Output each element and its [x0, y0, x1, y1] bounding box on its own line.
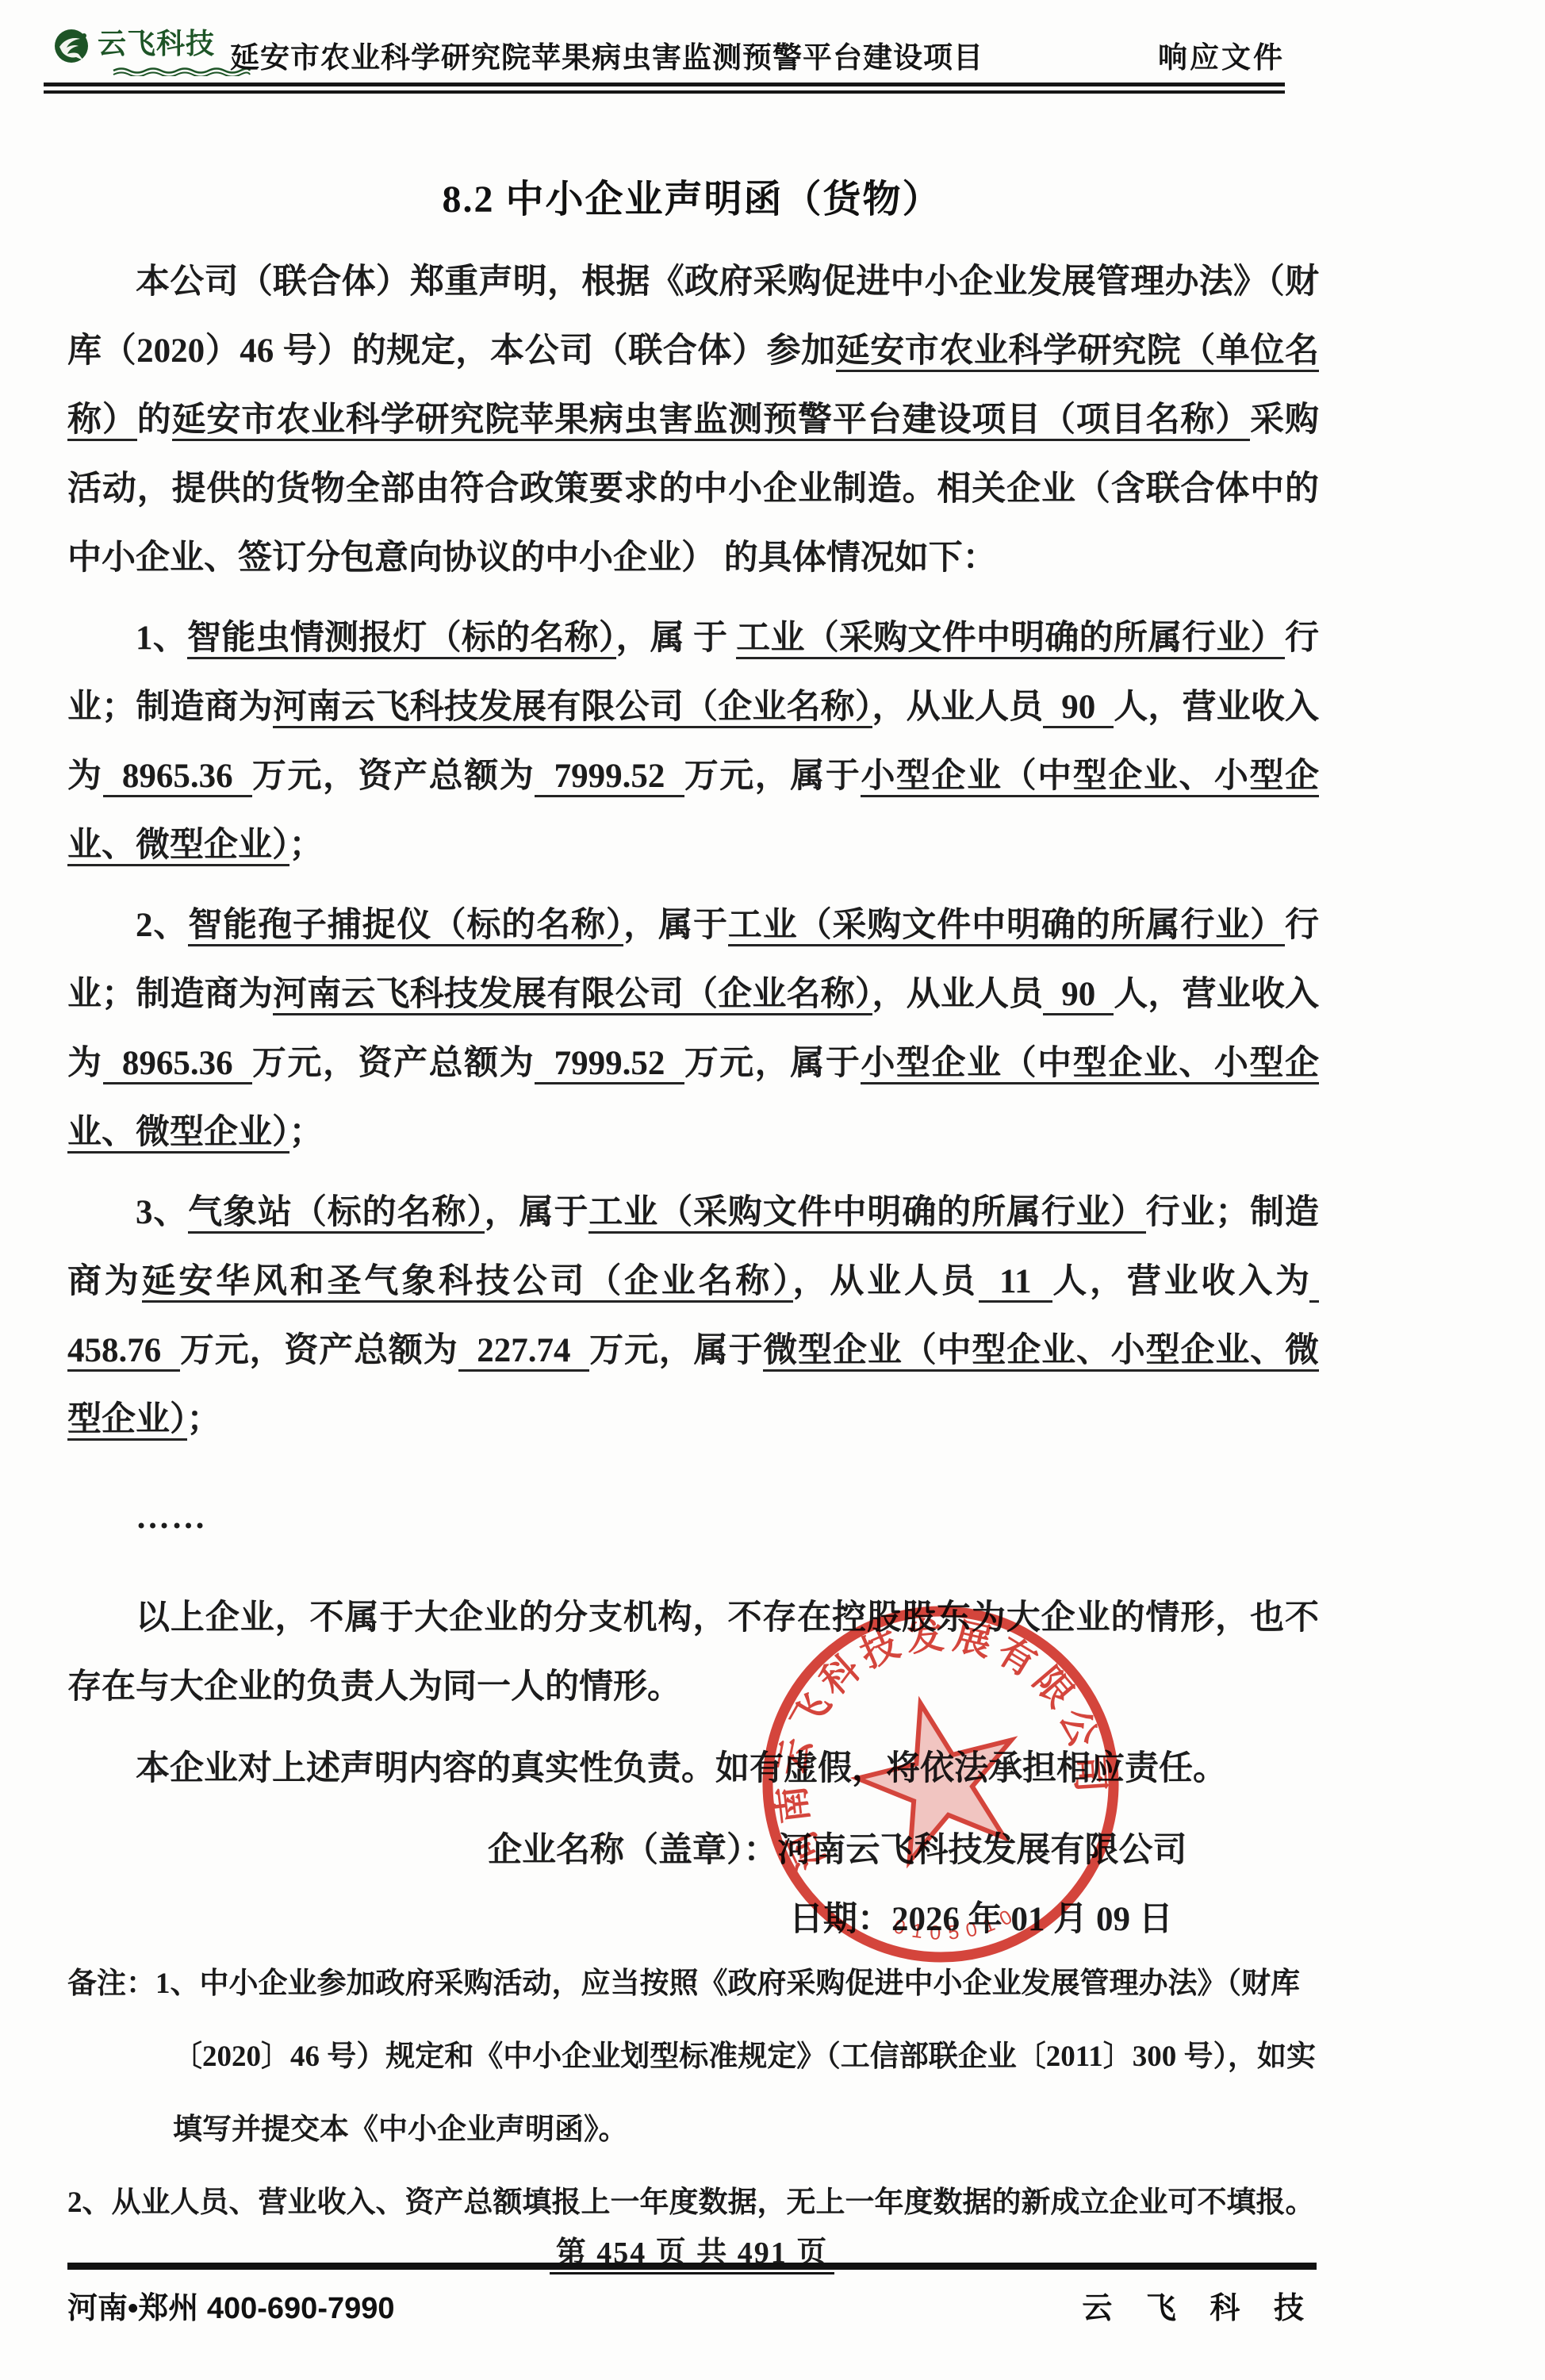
remarks-block: 备注：1、中小企业参加政府采购活动，应当按照《政府采购促进中小企业发展管理办法》… — [67, 1948, 1319, 2240]
filled-blank-text: 智能孢子捕捉仪（标的名称） — [188, 907, 623, 946]
filled-blank-text: 90 — [1043, 689, 1114, 728]
filled-blank-text: 智能虫情测报灯（标的名称） — [187, 620, 616, 659]
filled-blank-text: 工业（采购文件中明确的所属行业） — [588, 1194, 1145, 1234]
section-title: 8.2 中小企业声明函（货物） — [67, 168, 1317, 223]
company-logo: 云飞科技 — [52, 25, 215, 67]
filled-blank-text: 河南云飞科技发展有限公司（企业名称） — [273, 976, 872, 1015]
remark-line-2: 〔2020〕46 号）规定和《中小企业划型标准规定》（工信部联企业〔2011〕3… — [67, 2021, 1319, 2094]
footer-contact: 河南•郑州 400-690-7990 — [67, 2283, 395, 2327]
body-text: …… — [136, 1499, 207, 1536]
body-text: ； — [187, 1401, 221, 1438]
filled-blank-text: 气象站（标的名称） — [188, 1194, 484, 1234]
header-doc-type: 响应文件 — [1158, 33, 1285, 76]
header-double-rule — [44, 83, 1285, 94]
filled-blank-text: 工业（采购文件中明确的所属行业） — [728, 907, 1285, 946]
footer-bottom-bar: 河南•郑州 400-690-7990 云 飞 科 技 — [67, 2283, 1317, 2327]
remark-line-1: 备注：1、中小企业参加政府采购活动，应当按照《政府采购促进中小企业发展管理办法》… — [67, 1948, 1319, 2021]
body-text: ，从业人员 — [872, 689, 1044, 726]
declaration-body: 本公司（联合体）郑重声明，根据《政府采购促进中小企业发展管理办法》（财库（202… — [67, 248, 1319, 1954]
filled-blank-text: 工业（采购文件中明确的所属行业） — [736, 620, 1285, 659]
yunfei-logo-icon — [52, 25, 93, 67]
body-text: 人，营业收入为 — [1052, 1263, 1309, 1300]
paragraph-closing-2: 本企业对上述声明内容的真实性负责。如有虚假，将依法承担相应责任。 — [67, 1734, 1319, 1803]
body-text: 万元，资产总额为 — [180, 1332, 458, 1369]
body-text: ，从业人员 — [872, 976, 1044, 1013]
filled-blank-text: 河南云飞科技发展有限公司（企业名称） — [273, 689, 872, 728]
filled-blank-text: 7999.52 — [535, 758, 684, 797]
filled-blank-text: 8965.36 — [103, 1045, 252, 1084]
filled-blank-text: 7999.52 — [535, 1045, 684, 1084]
footer-brand: 云 飞 科 技 — [1082, 2283, 1317, 2327]
body-text: 以上企业，不属于大企业的分支机构，不存在控股股东为大企业的情形，也不存在与大企业… — [67, 1599, 1319, 1706]
filled-blank-text: 延安市农业科学研究院苹果病虫害监测预警平台建设项目（项目名称） — [172, 401, 1251, 441]
body-text: 万元，属于 — [589, 1332, 763, 1369]
body-text: ； — [289, 827, 324, 864]
body-text: 万元，资产总额为 — [252, 758, 535, 795]
filled-blank-text: 11 — [979, 1263, 1053, 1303]
body-text: 3、 — [136, 1194, 188, 1231]
filled-blank-text: 227.74 — [458, 1332, 589, 1372]
paragraph-item-1: 1、智能虫情测报灯（标的名称），属 于 工业（采购文件中明确的所属行业）行业；制… — [67, 604, 1319, 880]
paragraph-closing-1: 以上企业，不属于大企业的分支机构，不存在控股股东为大企业的情形，也不存在与大企业… — [67, 1583, 1319, 1722]
body-text: ，从业人员 — [793, 1263, 979, 1300]
header-project-title: 延安市农业科学研究院苹果病虫害监测预警平台建设项目 — [230, 33, 983, 76]
body-text: ，属于 — [623, 907, 728, 944]
body-text: 的 — [137, 401, 172, 439]
body-text: 2、 — [136, 907, 188, 944]
body-text: 1、 — [136, 620, 187, 657]
filled-blank-text: 延安华风和圣气象科技公司（企业名称） — [142, 1263, 793, 1303]
paragraph-ellipsis: …… — [67, 1483, 1319, 1552]
signature-date-line: 日期：2026 年 01 月 09 日 — [789, 1885, 1319, 1954]
body-text: 本企业对上述声明内容的真实性负责。如有虚假，将依法承担相应责任。 — [136, 1750, 1227, 1787]
logo-text: 云飞科技 — [98, 25, 215, 62]
body-text: ，属 于 — [616, 620, 737, 657]
signature-company-line: 企业名称（盖章）：河南云飞科技发展有限公司 — [488, 1816, 1319, 1885]
paragraph-item-2: 2、智能孢子捕捉仪（标的名称），属于工业（采购文件中明确的所属行业）行业；制造商… — [67, 891, 1319, 1167]
paragraph-item-3: 3、气象站（标的名称），属于工业（采购文件中明确的所属行业）行业；制造商为延安华… — [67, 1178, 1319, 1454]
filled-blank-text: 8965.36 — [103, 758, 252, 797]
body-text: ，属于 — [485, 1194, 589, 1231]
paragraph-intro: 本公司（联合体）郑重声明，根据《政府采购促进中小企业发展管理办法》（财库（202… — [67, 248, 1319, 593]
remark-line-3: 填写并提交本《中小企业声明函》。 — [67, 2094, 1319, 2167]
body-text: 万元，属于 — [684, 1045, 861, 1082]
filled-blank-text: 90 — [1043, 976, 1114, 1015]
footer-rule — [67, 2263, 1317, 2270]
body-text: 万元，资产总额为 — [252, 1045, 535, 1082]
body-text: 万元，属于 — [684, 758, 861, 795]
page-header: 云飞科技 延安市农业科学研究院苹果病虫害监测预警平台建设项目 响应文件 — [44, 21, 1285, 83]
document-page: 云飞科技 延安市农业科学研究院苹果病虫害监测预警平台建设项目 响应文件 8.2 … — [0, 0, 1545, 2380]
body-text: ； — [289, 1114, 324, 1151]
